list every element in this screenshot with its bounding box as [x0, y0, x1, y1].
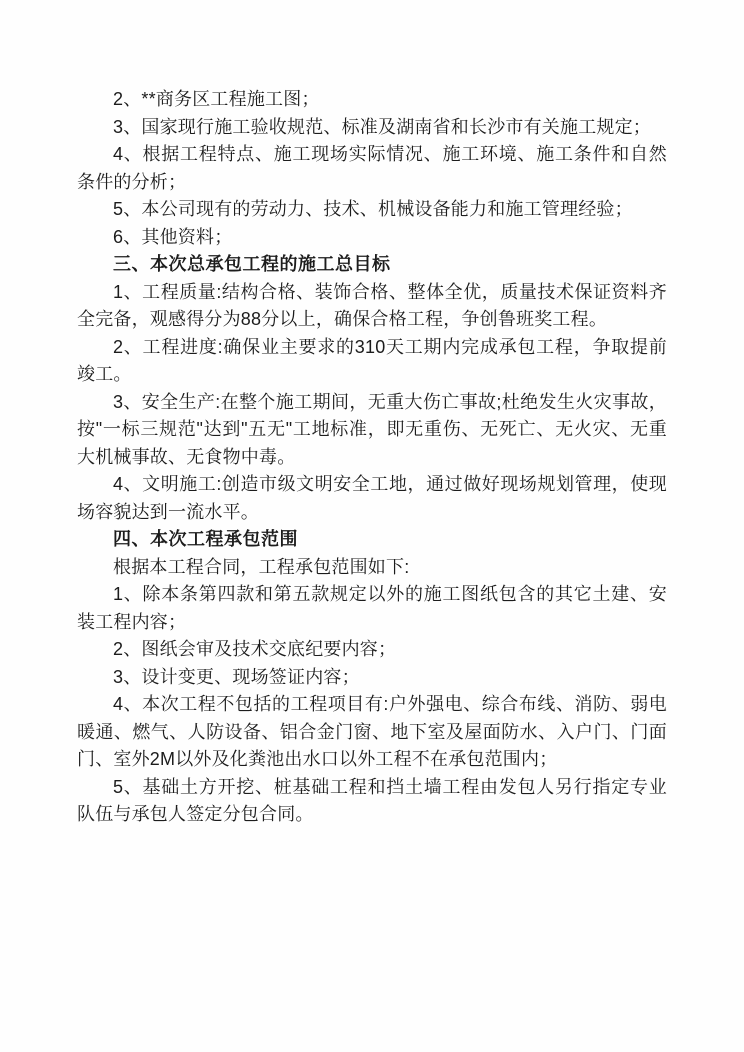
list-item-basis-5: 5、本公司现有的劳动力、技术、机械设备能力和施工管理经验；	[77, 196, 667, 224]
section-heading-goals: 三、本次总承包工程的施工总目标	[77, 251, 667, 279]
scope-item-3: 3、设计变更、现场签证内容；	[77, 664, 667, 692]
goal-item-safety: 3、安全生产:在整个施工期间，无重大伤亡事故;杜绝发生火灾事故，按"一标三规范"…	[77, 389, 667, 472]
list-item-basis-6: 6、其他资料；	[77, 224, 667, 252]
scope-intro: 根据本工程合同，工程承包范围如下:	[77, 554, 667, 582]
scope-item-2: 2、图纸会审及技术交底纪要内容；	[77, 636, 667, 664]
document-text-block: 2、**商务区工程施工图； 3、国家现行施工验收规范、标准及湖南省和长沙市有关施…	[77, 86, 667, 829]
list-item-basis-3: 3、国家现行施工验收规范、标准及湖南省和长沙市有关施工规定；	[77, 114, 667, 142]
goal-item-quality: 1、工程质量:结构合格、装饰合格、整体全优，质量技术保证资料齐全完备，观感得分为…	[77, 279, 667, 334]
scope-item-5-subcontract: 5、基础土方开挖、桩基础工程和挡土墙工程由发包人另行指定专业队伍与承包人签定分包…	[77, 774, 667, 829]
scope-item-1: 1、除本条第四款和第五款规定以外的施工图纸包含的其它土建、安装工程内容；	[77, 581, 667, 636]
document-page: 2、**商务区工程施工图； 3、国家现行施工验收规范、标准及湖南省和长沙市有关施…	[0, 0, 744, 1052]
list-item-basis-2: 2、**商务区工程施工图；	[77, 86, 667, 114]
goal-item-schedule: 2、工程进度:确保业主要求的310天工期内完成承包工程，争取提前竣工。	[77, 334, 667, 389]
section-heading-scope: 四、本次工程承包范围	[77, 526, 667, 554]
scope-item-4-exclusions: 4、本次工程不包括的工程项目有:户外强电、综合布线、消防、弱电暖通、燃气、人防设…	[77, 691, 667, 774]
list-item-basis-4: 4、根据工程特点、施工现场实际情况、施工环境、施工条件和自然条件的分析；	[77, 141, 667, 196]
goal-item-civilized-site: 4、文明施工:创造市级文明安全工地，通过做好现场规划管理，使现场容貌达到一流水平…	[77, 471, 667, 526]
